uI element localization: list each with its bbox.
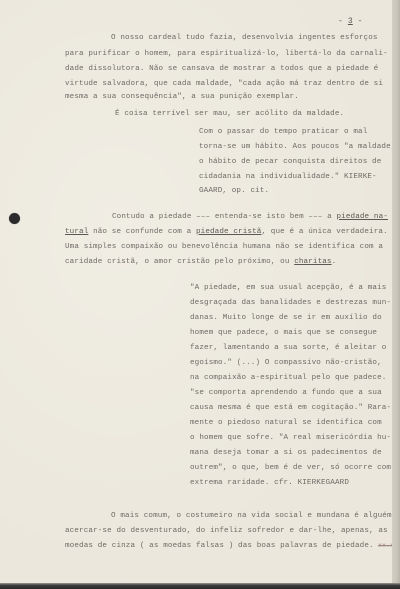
quote-2-line: "se comporta aprendendo a fundo que a su… [190, 388, 382, 398]
paragraph-3-line: tural não se confunde com a piedade cris… [65, 227, 388, 237]
underlined-term: tural [65, 228, 88, 236]
paragraph-3-text: , que é a única verdadeira. [261, 228, 387, 236]
paragraph-4-line: acercar-se do desventurado, do infeliz s… [65, 526, 388, 536]
underlined-term: charitas [294, 258, 331, 266]
underlined-term: piedade cristã [196, 228, 261, 236]
paragraph-3-text: . [332, 258, 337, 266]
paragraph-3-line: Contudo a piedade ––– entenda-se isto be… [112, 212, 388, 222]
quote-2-line: outrem", o que, bem é de ver, só ocorre … [190, 463, 391, 473]
paragraph-1-line: dade dissolutora. Não se cansava de most… [65, 64, 378, 74]
quote-2-line: o homem que sofre. "A real misericórdia … [190, 433, 391, 443]
quote-2-line: extrema raridade. cfr. KIERKEGAARD [190, 478, 349, 488]
paragraph-4-line: moedas de cinza ( as moedas falsas ) das… [65, 541, 374, 551]
paragraph-2-line: É coisa terrível ser mau, ser acólito da… [115, 109, 344, 119]
paragraph-1-line: mesma a sua consequência", a sua punição… [65, 92, 299, 102]
hole-punch [9, 213, 20, 224]
quote-1-line: torna-se um hábito. Aos poucos "a maldad… [199, 142, 395, 152]
scan-bottom-border [0, 583, 400, 589]
paragraph-3-text: Contudo a piedade ––– entenda-se isto be… [112, 213, 337, 221]
quote-2-line: causa mesma é que está em cogitação." Ra… [190, 403, 391, 413]
paragraph-1-line: para purificar o homem, para espirituali… [65, 49, 388, 59]
quote-2-line: mente o piedoso natural se identifica co… [190, 418, 382, 428]
quote-2-line: mana deseja tomar a si os padecimentos d… [190, 448, 382, 458]
quote-1-line: cidadania na individualidade." KIERKE- [199, 172, 377, 182]
page-number: - 3 - [338, 17, 363, 27]
paper-edge-right [392, 0, 400, 583]
quote-2-line: fazer, lamentando a sua sorte, é aleitar… [190, 343, 386, 353]
paragraph-4-line: O mais comum, o costumeiro na vida socia… [111, 511, 392, 521]
quote-1-line: Com o passar do tempo praticar o mal [199, 127, 367, 137]
quote-1-line: GAARD, op. cit. [199, 186, 269, 196]
quote-2-line: "A piedade, em sua usual acepção, é a ma… [190, 283, 386, 293]
paragraph-1-line: O nosso cardeal tudo fazia, desenvolvia … [111, 33, 378, 43]
paragraph-3-text: caridade cristã, o amor cristão pelo pró… [65, 258, 294, 266]
page-number-suffix: - [353, 17, 363, 26]
quote-2-line: egoísmo." (...) O compassivo não-cristão… [190, 358, 382, 368]
document-page: - 3 - O nosso cardeal tudo fazia, desenv… [0, 0, 392, 583]
paragraph-1-line: virtude salvadora, que cada maldade, "ca… [65, 79, 383, 89]
page-number-prefix: - [338, 17, 348, 26]
quote-2-line: danas. Muito longe de se ir em auxílio d… [190, 313, 382, 323]
quote-2-line: na compaixão a-espiritual pelo que padec… [190, 373, 386, 383]
paragraph-4-text: moedas de cinza ( as moedas falsas ) das… [65, 542, 374, 550]
paragraph-3-text: não se confunde com a [88, 228, 196, 236]
quote-1-line: o hábito de pecar conquista direitos de [199, 157, 381, 167]
quote-2-line: homem que padece, o mais que se consegue [190, 328, 377, 338]
paragraph-3-line: Uma simples compaixão ou benevolência hu… [65, 242, 383, 252]
underlined-term: piedade na- [337, 213, 388, 221]
quote-2-line: desgraçada das banalidades e destrezas m… [190, 298, 391, 308]
paragraph-3-line: caridade cristã, o amor cristão pelo pró… [65, 257, 336, 267]
